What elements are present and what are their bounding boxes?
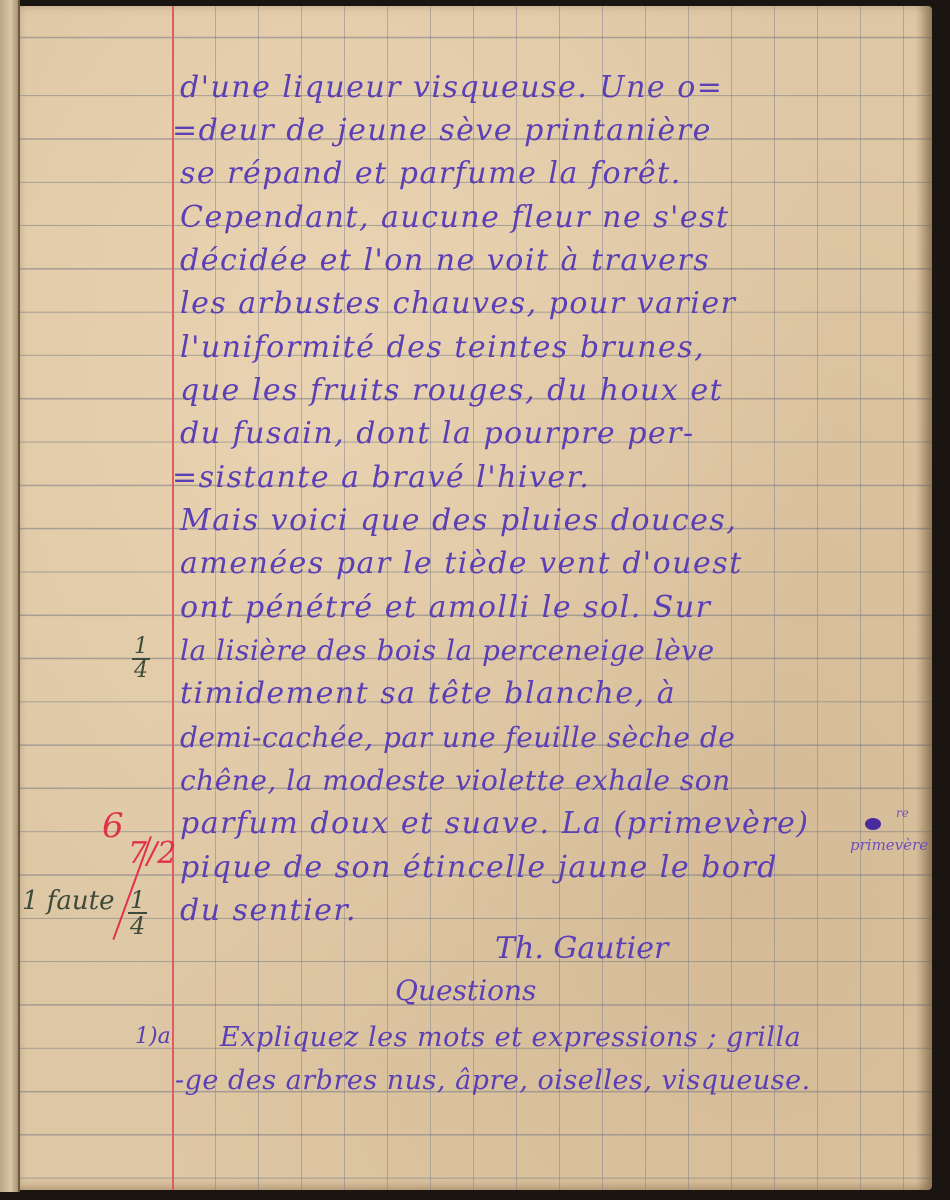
question-line: Expliquez les mots et expressions ; gril… — [220, 1016, 801, 1059]
text-line: les arbustes chauves, pour varier — [180, 282, 737, 325]
ink-blot — [865, 818, 881, 830]
text-line: la lisière des bois la perceneige lève — [180, 629, 715, 672]
text-line: que les fruits rouges, du houx et — [180, 369, 723, 412]
question-number: 1)a — [135, 1024, 171, 1049]
questions-heading: Questions — [395, 974, 536, 1007]
correction-superscript: re — [896, 806, 909, 820]
red-grade-mark: 6 — [102, 806, 124, 846]
notebook-page: d'une liqueur visqueuse. Une o= =deur de… — [20, 6, 932, 1190]
text-line: l'uniformité des teintes brunes, — [180, 326, 705, 369]
previous-page-edge — [0, 0, 20, 1192]
text-line: Mais voici que des pluies douces, — [180, 499, 737, 542]
text-line: =deur de jeune sève printanière — [172, 109, 712, 152]
text-line: pique de son étincelle jaune le bord — [180, 846, 778, 889]
fault-fraction: 1 4 — [128, 886, 147, 938]
text-line: timidement sa tête blanche, à — [180, 672, 676, 715]
text-line: du fusain, dont la pourpre per- — [180, 412, 695, 455]
page-edge-shadow — [916, 6, 932, 1190]
text-line: se répand et parfume la forêt. — [180, 152, 682, 195]
author-signature: Th. Gautier — [495, 931, 668, 966]
text-line: du sentier. — [180, 889, 357, 932]
text-line: demi-cachée, par une feuille sèche de — [180, 716, 735, 759]
red-grade-fraction: 7/2 — [128, 836, 176, 871]
text-line: amenées par le tiède vent d'ouest — [180, 542, 743, 585]
margin-score-fraction: 1 4 — [132, 634, 150, 682]
fault-note: 1 faute — [22, 886, 115, 916]
text-line: chêne, la modeste violette exhale son — [180, 759, 731, 802]
red-margin-line — [172, 6, 174, 1190]
text-line: décidée et l'on ne voit à travers — [180, 239, 710, 282]
text-line: ont pénétré et amolli le sol. Sur — [180, 586, 711, 629]
text-line: Cependant, aucune fleur ne s'est — [180, 196, 730, 239]
question-line: -ge des arbres nus, âpre, oiselles, visq… — [175, 1059, 811, 1102]
text-line: d'une liqueur visqueuse. Une o= — [180, 66, 723, 109]
text-line: =sistante a bravé l'hiver. — [172, 456, 590, 499]
word-correction: primevère — [850, 836, 928, 854]
text-line: parfum doux et suave. La (primevère) — [180, 802, 810, 845]
